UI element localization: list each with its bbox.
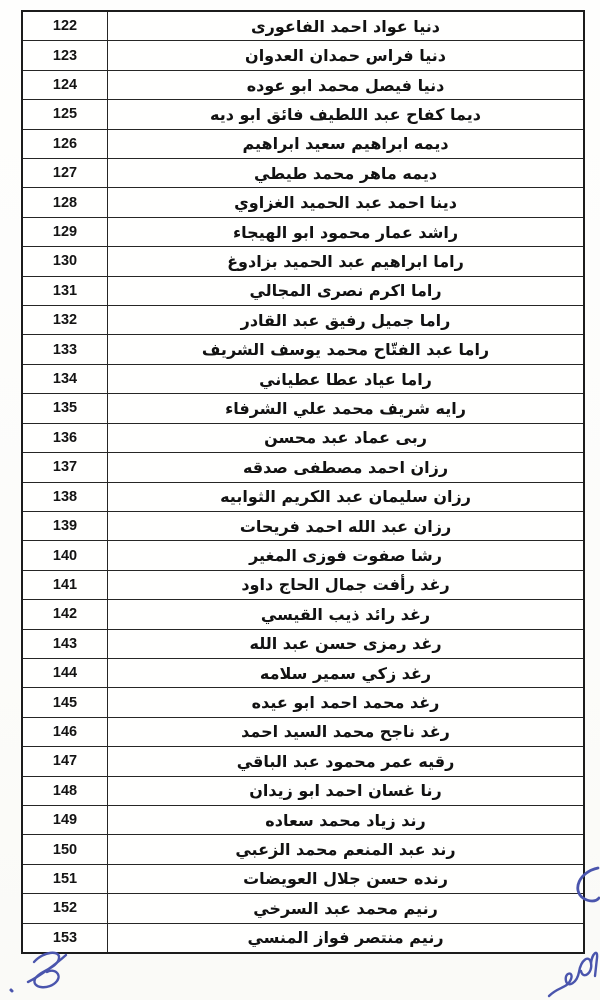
- table-row: 149 رند زياد محمد سعاده: [23, 805, 583, 834]
- row-name: رغد رمزى حسن عبد الله: [108, 630, 583, 658]
- table-row: 151 رنده حسن جلال العويضات: [23, 864, 583, 893]
- scanned-page: 122 دنيا عواد احمد الفاعورى 123 دنيا فرا…: [0, 0, 600, 1000]
- table-row: 129 راشد عمار محمود ابو الهيجاء: [23, 217, 583, 246]
- table-row: 147 رقيه عمر محمود عبد الباقي: [23, 746, 583, 775]
- row-name: ديما كفاح عبد اللطيف فائق ابو ديه: [108, 100, 583, 128]
- row-number: 138: [23, 483, 108, 511]
- row-number: 143: [23, 630, 108, 658]
- table-row: 135 رايه شريف محمد علي الشرفاء: [23, 393, 583, 422]
- row-name: رغد رأفت جمال الحاج داود: [108, 571, 583, 599]
- row-name: رزان سليمان عبد الكريم الثوابيه: [108, 483, 583, 511]
- row-number: 137: [23, 453, 108, 481]
- row-number: 153: [23, 924, 108, 952]
- table-row: 150 رند عبد المنعم محمد الزعبي: [23, 834, 583, 863]
- table-row: 138 رزان سليمان عبد الكريم الثوابيه: [23, 482, 583, 511]
- row-number: 142: [23, 600, 108, 628]
- table-row: 125 ديما كفاح عبد اللطيف فائق ابو ديه: [23, 99, 583, 128]
- row-name: رزان احمد مصطفى صدقه: [108, 453, 583, 481]
- table-row: 122 دنيا عواد احمد الفاعورى: [23, 12, 583, 40]
- row-number: 128: [23, 188, 108, 216]
- row-name: راما عبد الفتّاح محمد يوسف الشريف: [108, 335, 583, 363]
- table-row: 137 رزان احمد مصطفى صدقه: [23, 452, 583, 481]
- row-number: 150: [23, 835, 108, 863]
- row-name: رنا غسان احمد ابو زيدان: [108, 777, 583, 805]
- row-number: 127: [23, 159, 108, 187]
- row-number: 146: [23, 718, 108, 746]
- table-row: 144 رغد زكي سمير سلامه: [23, 658, 583, 687]
- row-name: رايه شريف محمد علي الشرفاء: [108, 394, 583, 422]
- row-number: 126: [23, 130, 108, 158]
- row-name: ديمه ابراهيم سعيد ابراهيم: [108, 130, 583, 158]
- row-name: راما ابراهيم عبد الحميد بزادوغ: [108, 247, 583, 275]
- table-row: 145 رغد محمد احمد ابو عيده: [23, 687, 583, 716]
- row-number: 136: [23, 424, 108, 452]
- table-row: 128 دينا احمد عبد الحميد الغزاوي: [23, 187, 583, 216]
- row-name: رغد محمد احمد ابو عيده: [108, 688, 583, 716]
- row-number: 149: [23, 806, 108, 834]
- row-name: رشا صفوت فوزى المغير: [108, 541, 583, 569]
- row-name: رنيم محمد عبد السرخي: [108, 894, 583, 922]
- row-number: 152: [23, 894, 108, 922]
- row-name: رغد ناجح محمد السيد احمد: [108, 718, 583, 746]
- row-name: راشد عمار محمود ابو الهيجاء: [108, 218, 583, 246]
- row-name: رغد رائد ذيب القيسي: [108, 600, 583, 628]
- row-number: 124: [23, 71, 108, 99]
- table-row: 131 راما اكرم نصرى المجالي: [23, 276, 583, 305]
- table-row: 142 رغد رائد ذيب القيسي: [23, 599, 583, 628]
- table-row: 130 راما ابراهيم عبد الحميد بزادوغ: [23, 246, 583, 275]
- row-name: دنيا عواد احمد الفاعورى: [108, 12, 583, 40]
- row-name: رنيم منتصر فواز المنسي: [108, 924, 583, 952]
- table-row: 139 رزان عبد الله احمد فريحات: [23, 511, 583, 540]
- row-number: 129: [23, 218, 108, 246]
- row-name: دينا احمد عبد الحميد الغزاوي: [108, 188, 583, 216]
- row-number: 130: [23, 247, 108, 275]
- row-name: دنيا فراس حمدان العدوان: [108, 41, 583, 69]
- table-row: 127 ديمه ماهر محمد طيطي: [23, 158, 583, 187]
- row-number: 140: [23, 541, 108, 569]
- table-row: 152 رنيم محمد عبد السرخي: [23, 893, 583, 922]
- row-name: راما اكرم نصرى المجالي: [108, 277, 583, 305]
- row-number: 135: [23, 394, 108, 422]
- table-row: 124 دنيا فيصل محمد ابو عوده: [23, 70, 583, 99]
- table-row: 133 راما عبد الفتّاح محمد يوسف الشريف: [23, 334, 583, 363]
- row-name: ديمه ماهر محمد طيطي: [108, 159, 583, 187]
- table-row: 153 رنيم منتصر فواز المنسي: [23, 923, 583, 952]
- row-name: ربى عماد عبد محسن: [108, 424, 583, 452]
- table-row: 141 رغد رأفت جمال الحاج داود: [23, 570, 583, 599]
- table-row: 134 راما عياد عطا عطياني: [23, 364, 583, 393]
- table-row: 143 رغد رمزى حسن عبد الله: [23, 629, 583, 658]
- table-row: 126 ديمه ابراهيم سعيد ابراهيم: [23, 129, 583, 158]
- row-number: 133: [23, 335, 108, 363]
- row-name: رنده حسن جلال العويضات: [108, 865, 583, 893]
- row-number: 125: [23, 100, 108, 128]
- row-number: 148: [23, 777, 108, 805]
- row-number: 132: [23, 306, 108, 334]
- handwritten-signature-bottom-right-icon: [546, 946, 600, 1000]
- row-number: 141: [23, 571, 108, 599]
- row-number: 147: [23, 747, 108, 775]
- table-row: 146 رغد ناجح محمد السيد احمد: [23, 717, 583, 746]
- row-name: رزان عبد الله احمد فريحات: [108, 512, 583, 540]
- table-row: 148 رنا غسان احمد ابو زيدان: [23, 776, 583, 805]
- table-row: 136 ربى عماد عبد محسن: [23, 423, 583, 452]
- roster-table: 122 دنيا عواد احمد الفاعورى 123 دنيا فرا…: [21, 10, 585, 954]
- row-name: راما عياد عطا عطياني: [108, 365, 583, 393]
- row-number: 139: [23, 512, 108, 540]
- row-number: 123: [23, 41, 108, 69]
- row-number: 145: [23, 688, 108, 716]
- row-name: رند عبد المنعم محمد الزعبي: [108, 835, 583, 863]
- row-name: رغد زكي سمير سلامه: [108, 659, 583, 687]
- table-row: 123 دنيا فراس حمدان العدوان: [23, 40, 583, 69]
- row-name: دنيا فيصل محمد ابو عوده: [108, 71, 583, 99]
- row-number: 134: [23, 365, 108, 393]
- row-number: 131: [23, 277, 108, 305]
- row-number: 144: [23, 659, 108, 687]
- table-row: 140 رشا صفوت فوزى المغير: [23, 540, 583, 569]
- row-name: رقيه عمر محمود عبد الباقي: [108, 747, 583, 775]
- table-row: 132 راما جميل رفيق عبد القادر: [23, 305, 583, 334]
- row-number: 151: [23, 865, 108, 893]
- row-name: راما جميل رفيق عبد القادر: [108, 306, 583, 334]
- row-name: رند زياد محمد سعاده: [108, 806, 583, 834]
- row-number: 122: [23, 12, 108, 40]
